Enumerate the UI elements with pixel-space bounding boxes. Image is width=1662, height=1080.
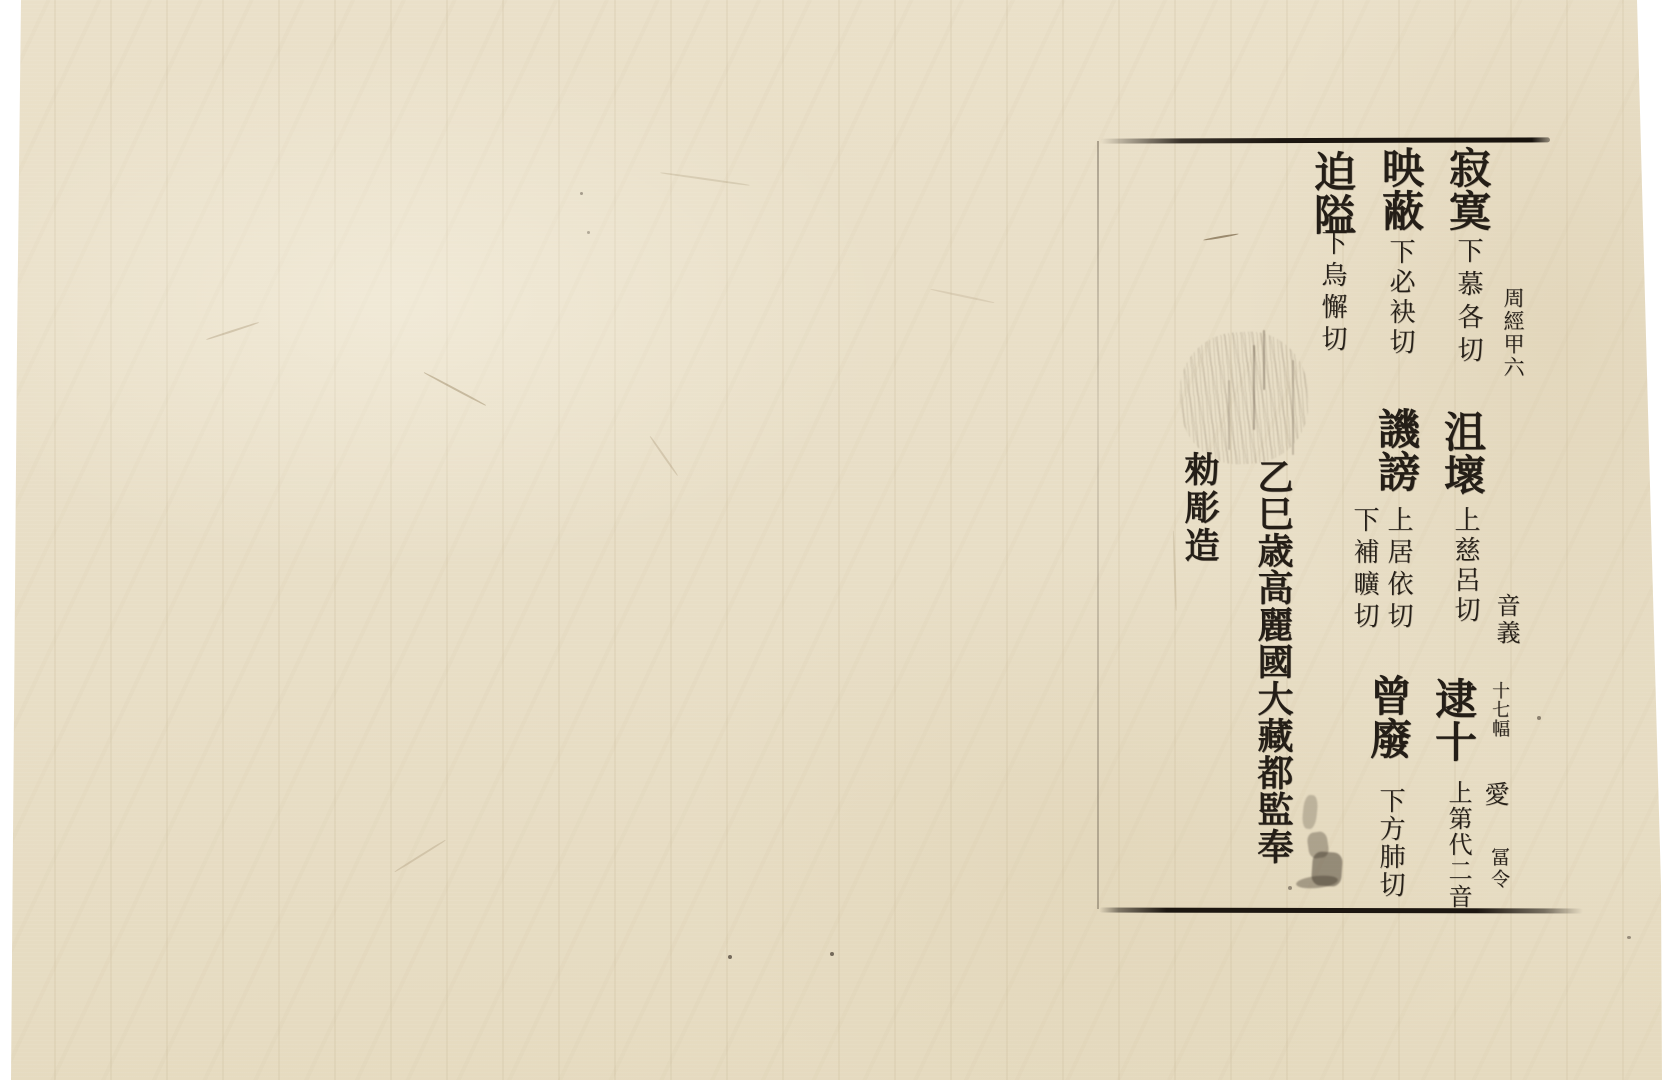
sheet-count-label: 十七幅 (1490, 681, 1508, 738)
scanned-page: { "colors": { "background": "#ffffff", "… (0, 0, 1662, 1080)
entry-headword: 沮壞 (1441, 410, 1483, 496)
entry-headword: 映蔽 (1379, 146, 1421, 232)
entry-fanqie-gloss: 下必袂切 (1387, 238, 1413, 358)
frame-bottom-border (1099, 907, 1583, 913)
frame-left-border (1097, 141, 1099, 909)
margin-check-pair: 冨令 (1489, 847, 1508, 891)
entry-fanqie-gloss-left: 下補曠切 (1351, 506, 1377, 634)
ink-streak (1253, 345, 1255, 430)
scroll-number-marker: 周經甲六 (1502, 287, 1523, 379)
entry-headword: 寂寞 (1446, 146, 1488, 232)
section-label: 音義 (1494, 593, 1518, 647)
ink-speck (1288, 886, 1292, 890)
ink-streak (1228, 380, 1230, 450)
entry-fanqie-gloss: 上慈呂切 (1452, 506, 1478, 626)
margin-check-character: 愛 (1483, 781, 1508, 806)
entry-fanqie-gloss: 上第代二音 (1446, 780, 1470, 910)
ink-speck (728, 955, 732, 959)
colophon-decree-line: 勑彫造 (1182, 451, 1217, 565)
entry-headword: 迫隘 (1311, 150, 1353, 236)
entry-fanqie-gloss: 下方肺切 (1377, 787, 1403, 899)
ink-speck (1537, 716, 1541, 720)
entry-headword: 逮十 (1432, 677, 1474, 763)
ink-speck (587, 231, 590, 234)
ink-streak (1263, 330, 1265, 390)
ink-speck (830, 952, 834, 956)
entry-fanqie-gloss-right: 上居依切 (1385, 506, 1411, 634)
colophon-dedication-line: 乙巳歳高麗國大藏都監奉 (1255, 458, 1291, 865)
entry-fanqie-gloss: 下慕各切 (1455, 237, 1481, 369)
entry-headword: 曾廢 (1367, 674, 1409, 760)
entry-fanqie-gloss: 下烏懈切 (1319, 229, 1345, 357)
entry-headword: 譏謗 (1375, 407, 1417, 493)
ink-speck (580, 192, 583, 195)
ink-streak (1292, 360, 1294, 455)
ink-speck (1627, 936, 1631, 939)
